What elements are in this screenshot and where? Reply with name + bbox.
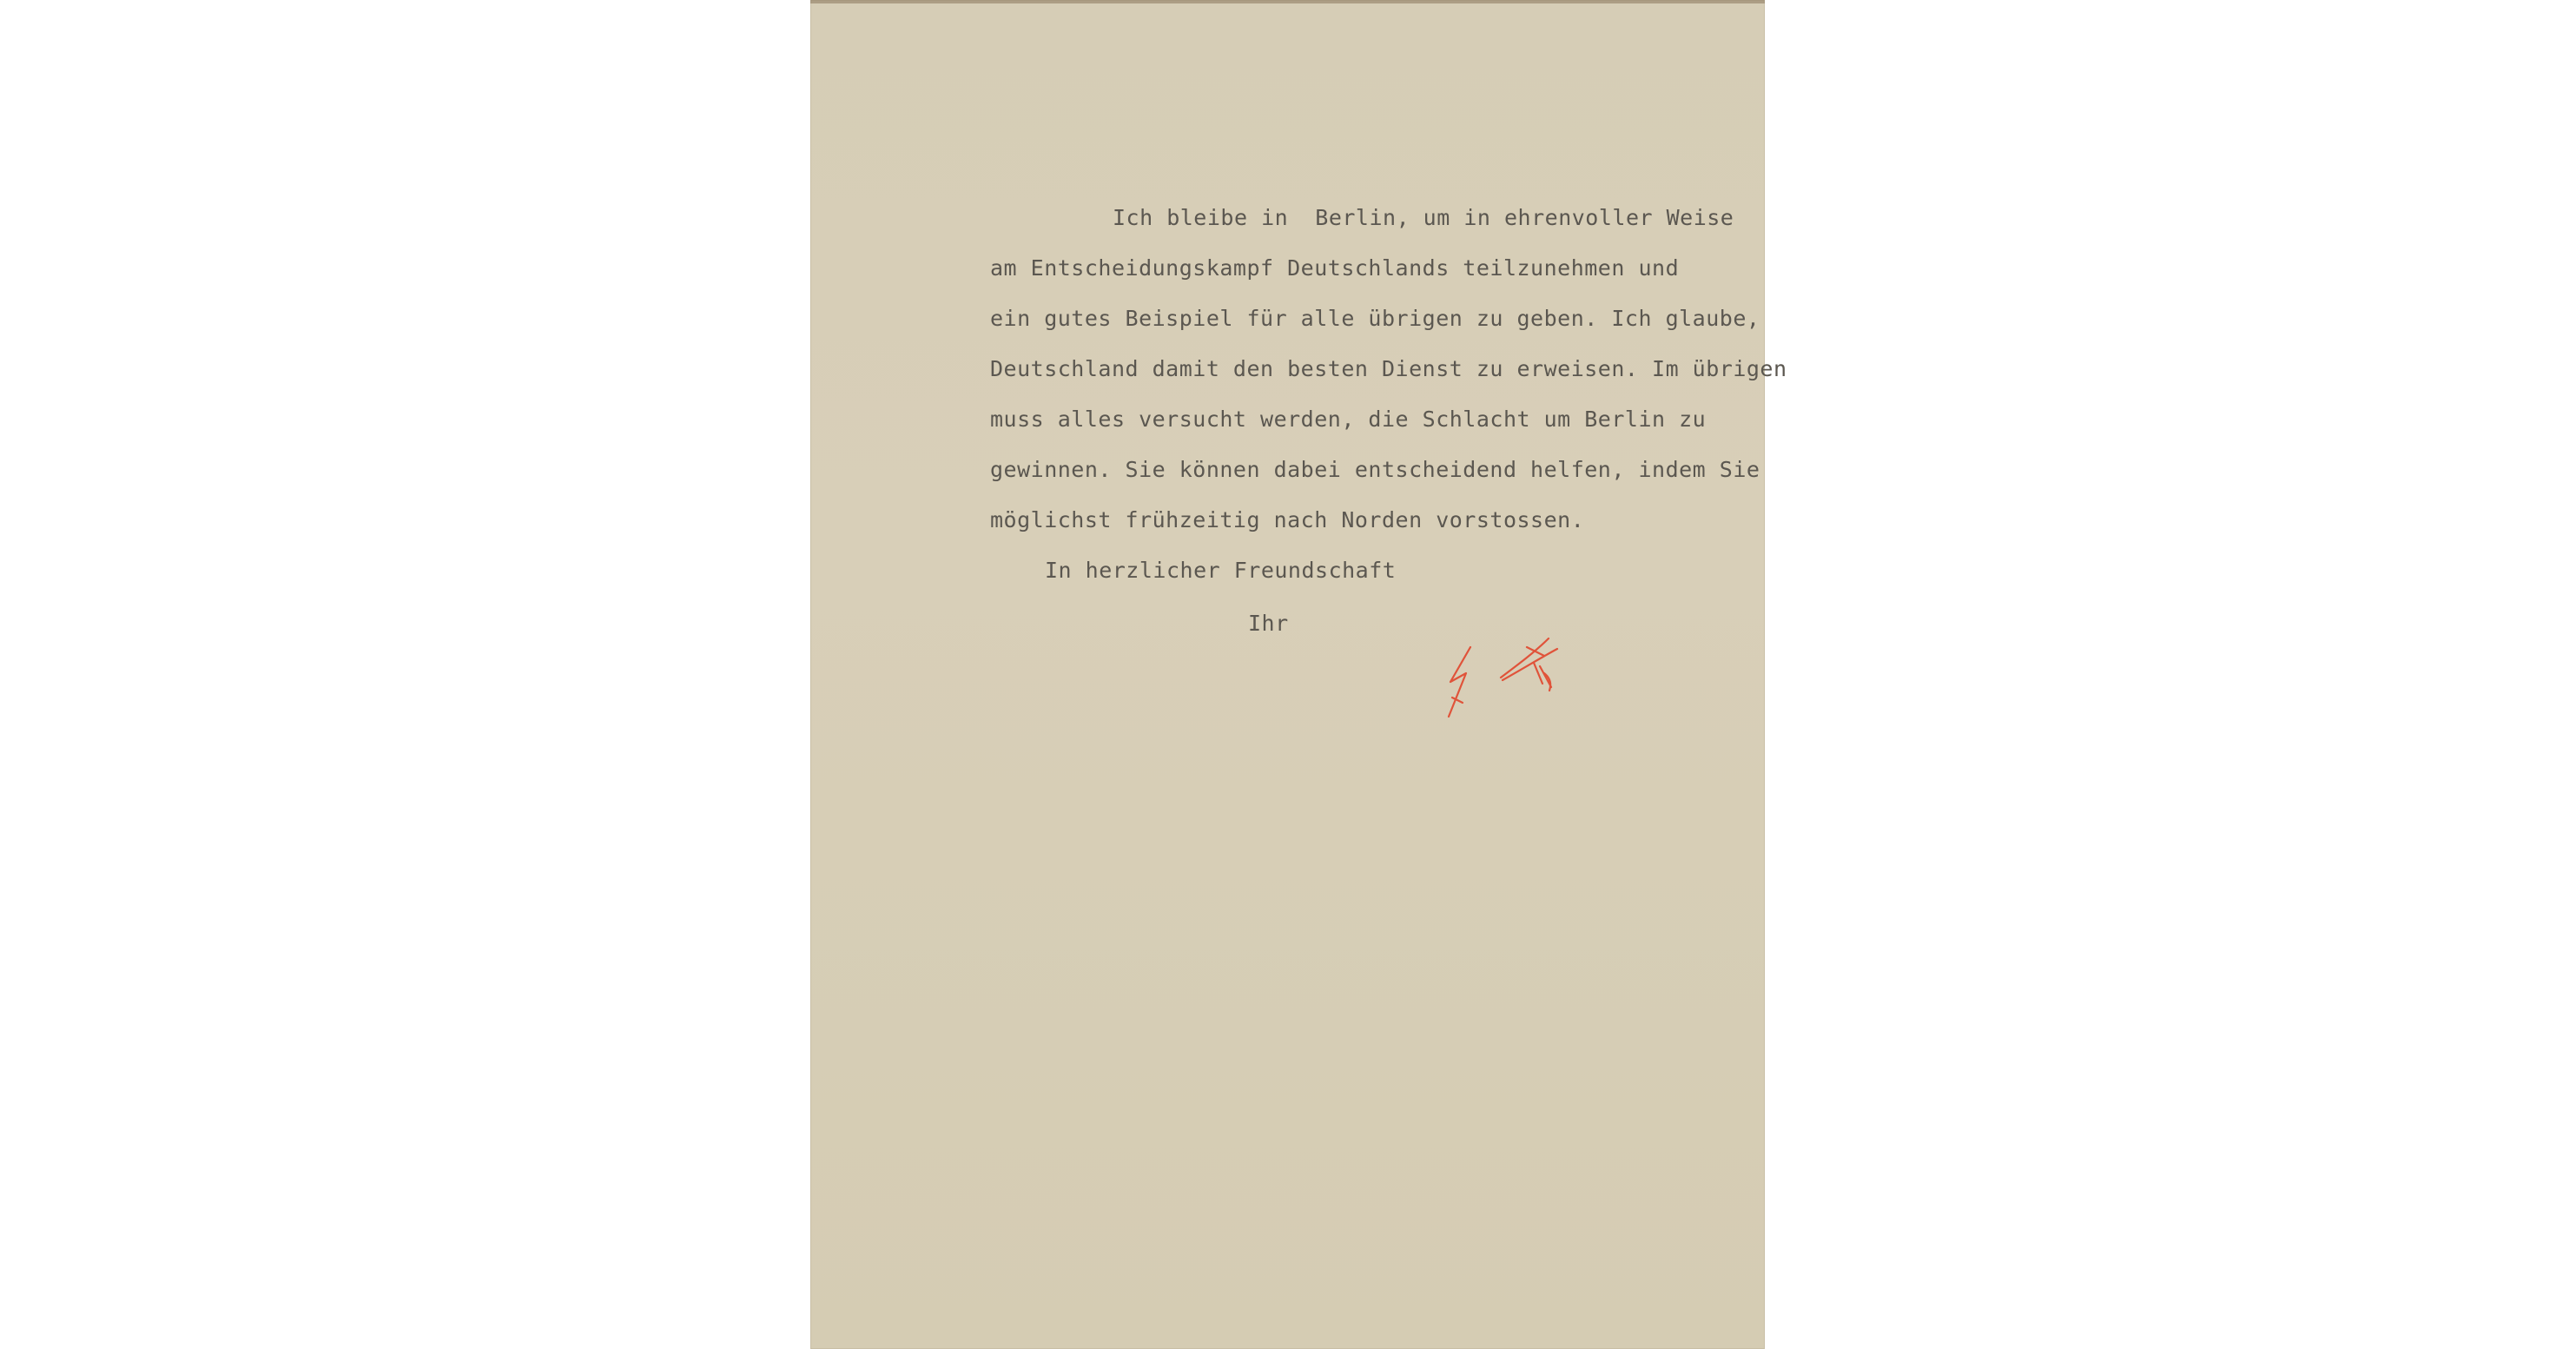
valediction: Ihr [1248,611,1289,637]
body-line-1: Ich bleibe in Berlin, um in ehrenvoller … [1113,205,1734,231]
document-page [810,0,1765,1349]
body-line-2: am Entscheidungskampf Deutschlands teilz… [990,255,1679,281]
body-line-4: Deutschland damit den besten Dienst zu e… [990,356,1787,382]
body-line-7: möglichst frühzeitig nach Norden vorstos… [990,507,1584,533]
closing-line: In herzlicher Freundschaft [1045,558,1396,584]
body-line-5: muss alles versucht werden, die Schlacht… [990,407,1706,433]
handwritten-signature [1440,630,1614,725]
body-line-6: gewinnen. Sie können dabei entscheidend … [990,457,1760,483]
body-line-3: ein gutes Beispiel für alle übrigen zu g… [990,306,1760,332]
